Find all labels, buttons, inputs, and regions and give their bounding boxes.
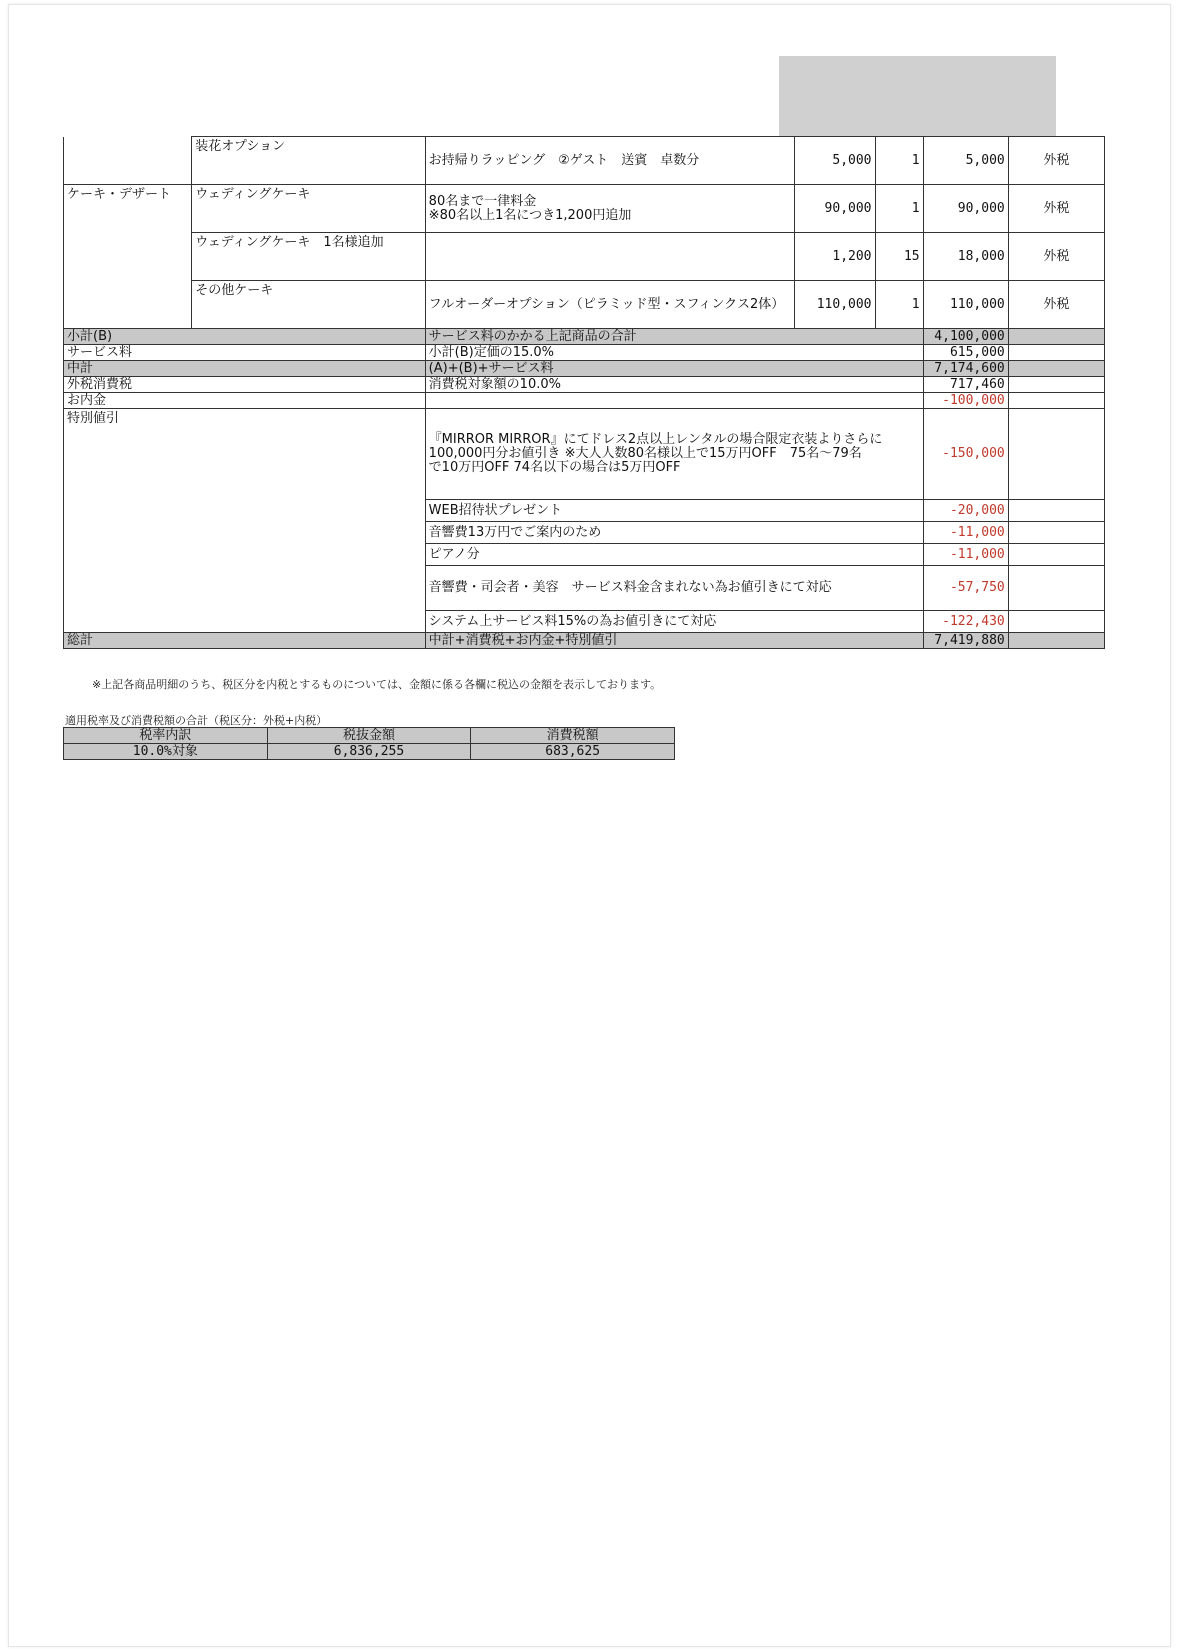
tax-summary-table: 税率内訳 税抜金額 消費税額 10.0%対象 6,836,255 683,625 <box>63 727 675 760</box>
summary-label: 外税消費税 <box>64 377 426 393</box>
description-line: で10万円OFF 74名以下の場合は5万円OFF <box>429 461 920 475</box>
midtotal-row: 中計 (A)+(B)+サービス料 7,174,600 <box>64 361 1105 377</box>
empty-cell <box>1008 377 1104 393</box>
empty-cell <box>1008 409 1104 500</box>
tax-summary-title: 適用税率及び消費税額の合計（税区分：外税+内税） <box>65 712 327 728</box>
discount-description: ピアノ分 <box>425 544 923 566</box>
table-row: ケーキ・デザート ウェディングケーキ 80名まで一律料金 ※80名以上1名につき… <box>64 185 1105 233</box>
description-line: 『MIRROR MIRROR』にてドレス2点以上レンタルの場合限定衣装よりさらに <box>429 433 920 447</box>
discount-description: 音響費13万円でご案内のため <box>425 522 923 544</box>
redacted-block <box>779 56 1056 136</box>
summary-label: サービス料 <box>64 345 426 361</box>
service-fee-row: サービス料 小計(B)定価の15.0% 615,000 <box>64 345 1105 361</box>
pre-tax-amount: 6,836,255 <box>267 744 471 760</box>
discount-description: 『MIRROR MIRROR』にてドレス2点以上レンタルの場合限定衣装よりさらに… <box>425 409 923 500</box>
table-row: その他ケーキ フルオーダーオプション（ピラミッド型・スフィンクス2体） 110,… <box>64 281 1105 329</box>
discount-description: 音響費・司会者・美容 サービス料金含まれない為お値引きにて対応 <box>425 566 923 611</box>
subtotal-b-row: 小計(B) サービス料のかかる上記商品の合計 4,100,000 <box>64 329 1105 345</box>
amount: 110,000 <box>923 281 1008 329</box>
table-row: 装花オプション お持帰りラッピング ②ゲスト 送賓 卓数分 5,000 1 5,… <box>64 137 1105 185</box>
summary-description: サービス料のかかる上記商品の合計 <box>425 329 923 345</box>
item-description: フルオーダーオプション（ピラミッド型・スフィンクス2体） <box>425 281 795 329</box>
tax-type: 外税 <box>1008 281 1104 329</box>
item-name: 装花オプション <box>192 137 425 185</box>
unit-price: 5,000 <box>795 137 875 185</box>
grand-total-amount: 7,419,880 <box>923 633 1008 649</box>
tax-amount: 683,625 <box>471 744 675 760</box>
empty-cell <box>1008 500 1104 522</box>
unit-price: 110,000 <box>795 281 875 329</box>
summary-amount: -100,000 <box>923 393 1008 409</box>
unit-price: 1,200 <box>795 233 875 281</box>
discount-amount: -122,430 <box>923 611 1008 633</box>
deposit-row: お内金 -100,000 <box>64 393 1105 409</box>
grand-total-row: 総計 中計+消費税+お内金+特別値引 7,419,880 <box>64 633 1105 649</box>
discount-amount: -20,000 <box>923 500 1008 522</box>
item-description: お持帰りラッピング ②ゲスト 送賓 卓数分 <box>425 137 795 185</box>
estimate-table: 装花オプション お持帰りラッピング ②ゲスト 送賓 卓数分 5,000 1 5,… <box>63 136 1105 649</box>
empty-cell <box>1008 361 1104 377</box>
discount-row: 特別値引 『MIRROR MIRROR』にてドレス2点以上レンタルの場合限定衣装… <box>64 409 1105 500</box>
description-line: 100,000円分お値引き ※大人人数80名様以上で15万円OFF 75名〜79… <box>429 447 920 461</box>
summary-label: お内金 <box>64 393 426 409</box>
tax-type: 外税 <box>1008 185 1104 233</box>
quantity: 1 <box>875 137 923 185</box>
category-cell: ケーキ・デザート <box>64 185 192 233</box>
consumption-tax-row: 外税消費税 消費税対象額の10.0% 717,460 <box>64 377 1105 393</box>
tax-note: ※上記各商品明細のうち、税区分を内税とするものについては、金額に係る各欄に税込の… <box>92 676 661 692</box>
amount: 90,000 <box>923 185 1008 233</box>
quantity: 1 <box>875 185 923 233</box>
discount-amount: -57,750 <box>923 566 1008 611</box>
discount-description: WEB招待状プレゼント <box>425 500 923 522</box>
empty-cell <box>1008 393 1104 409</box>
column-header: 税率内訳 <box>64 728 268 744</box>
discount-amount: -11,000 <box>923 544 1008 566</box>
empty-cell <box>1008 329 1104 345</box>
amount: 18,000 <box>923 233 1008 281</box>
table-row: 10.0%対象 6,836,255 683,625 <box>64 744 675 760</box>
summary-label: 中計 <box>64 361 426 377</box>
discount-amount: -11,000 <box>923 522 1008 544</box>
column-header: 消費税額 <box>471 728 675 744</box>
summary-description: 小計(B)定価の15.0% <box>425 345 923 361</box>
category-cell <box>64 281 192 329</box>
summary-description <box>425 393 923 409</box>
discount-description: システム上サービス料15%の為お値引きにて対応 <box>425 611 923 633</box>
tax-rate: 10.0%対象 <box>64 744 268 760</box>
quantity: 1 <box>875 281 923 329</box>
category-cell <box>64 233 192 281</box>
item-name: ウェディングケーキ 1名様追加 <box>192 233 425 281</box>
description-line: 80名まで一律料金 <box>429 195 792 209</box>
empty-cell <box>1008 544 1104 566</box>
item-description <box>425 233 795 281</box>
summary-label: 小計(B) <box>64 329 426 345</box>
summary-amount: 4,100,000 <box>923 329 1008 345</box>
tax-type: 外税 <box>1008 137 1104 185</box>
description-line: ※80名以上1名につき1,200円追加 <box>429 209 792 223</box>
category-cell <box>64 137 192 185</box>
tax-type: 外税 <box>1008 233 1104 281</box>
empty-cell <box>1008 566 1104 611</box>
summary-amount: 615,000 <box>923 345 1008 361</box>
grand-total-label: 総計 <box>64 633 426 649</box>
summary-description: 消費税対象額の10.0% <box>425 377 923 393</box>
quantity: 15 <box>875 233 923 281</box>
unit-price: 90,000 <box>795 185 875 233</box>
special-discount-label: 特別値引 <box>64 409 426 633</box>
grand-total-description: 中計+消費税+お内金+特別値引 <box>425 633 923 649</box>
empty-cell <box>1008 522 1104 544</box>
empty-cell <box>1008 345 1104 361</box>
empty-cell <box>1008 633 1104 649</box>
summary-amount: 7,174,600 <box>923 361 1008 377</box>
amount: 5,000 <box>923 137 1008 185</box>
item-description: 80名まで一律料金 ※80名以上1名につき1,200円追加 <box>425 185 795 233</box>
summary-amount: 717,460 <box>923 377 1008 393</box>
empty-cell <box>1008 611 1104 633</box>
summary-description: (A)+(B)+サービス料 <box>425 361 923 377</box>
tax-summary-header: 税率内訳 税抜金額 消費税額 <box>64 728 675 744</box>
column-header: 税抜金額 <box>267 728 471 744</box>
table-row: ウェディングケーキ 1名様追加 1,200 15 18,000 外税 <box>64 233 1105 281</box>
item-name: ウェディングケーキ <box>192 185 425 233</box>
item-name: その他ケーキ <box>192 281 425 329</box>
discount-amount: -150,000 <box>923 409 1008 500</box>
